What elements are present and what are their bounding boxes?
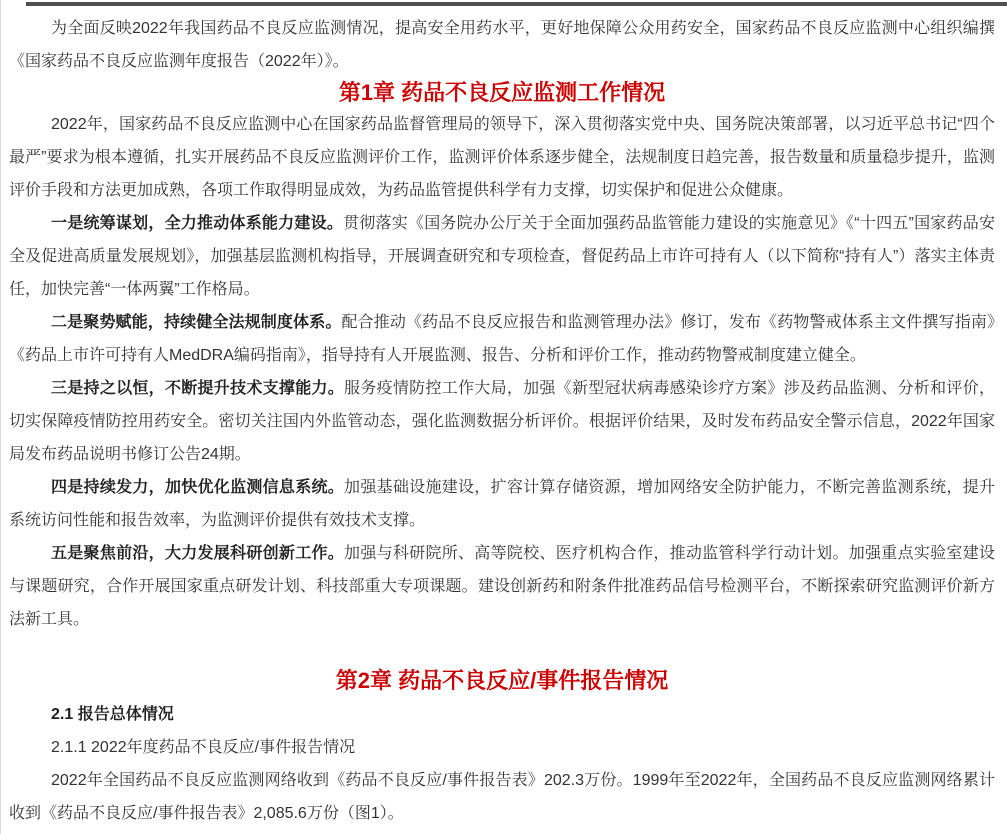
subsection-2-1-1-title: 2.1.1 2022年度药品不良反应/事件报告情况	[9, 731, 995, 764]
item-2-lead: 二是聚势赋能，持续健全法规制度体系。	[51, 314, 341, 331]
document-page: 为全面反映2022年我国药品不良反应监测情况，提高安全用药水平，更好地保障公众用…	[0, 0, 1007, 834]
item-3-lead: 三是持之以恒，不断提升技术支撑能力。	[51, 380, 344, 397]
item-5-lead: 五是聚焦前沿，大力发展科研创新工作。	[51, 545, 344, 562]
chapter-1-item-1-paragraph: 一是统筹谋划，全力推动体系能力建设。贯彻落实《国务院办公厅关于全面加强药品监管能…	[9, 207, 995, 306]
intro-paragraph: 为全面反映2022年我国药品不良反应监测情况，提高安全用药水平，更好地保障公众用…	[9, 12, 995, 78]
chapter-1-title: 第1章 药品不良反应监测工作情况	[9, 78, 995, 108]
top-divider-rule	[26, 2, 1007, 6]
chapter-1-item-5-paragraph: 五是聚焦前沿，大力发展科研创新工作。加强与科研院所、高等院校、医疗机构合作，推动…	[9, 537, 995, 636]
chapter-2-paragraph: 2022年全国药品不良反应监测网络收到《药品不良反应/事件报告表》202.3万份…	[9, 764, 995, 830]
chapter-1-overview-paragraph: 2022年，国家药品不良反应监测中心在国家药品监督管理局的领导下，深入贯彻落实党…	[9, 108, 995, 207]
item-4-lead: 四是持续发力，加快优化监测信息系统。	[51, 479, 344, 496]
chapter-1-item-3-paragraph: 三是持之以恒，不断提升技术支撑能力。服务疫情防控工作大局，加强《新型冠状病毒感染…	[9, 372, 995, 471]
chapter-1-item-2-paragraph: 二是聚势赋能，持续健全法规制度体系。配合推动《药品不良反应报告和监测管理办法》修…	[9, 306, 995, 372]
item-1-lead: 一是统筹谋划，全力推动体系能力建设。	[51, 215, 343, 232]
section-2-1-title: 2.1 报告总体情况	[9, 698, 995, 731]
chapter-1-item-4-paragraph: 四是持续发力，加快优化监测信息系统。加强基础设施建设，扩容计算存储资源，增加网络…	[9, 471, 995, 537]
chapter-2-title: 第2章 药品不良反应/事件报告情况	[9, 666, 995, 696]
